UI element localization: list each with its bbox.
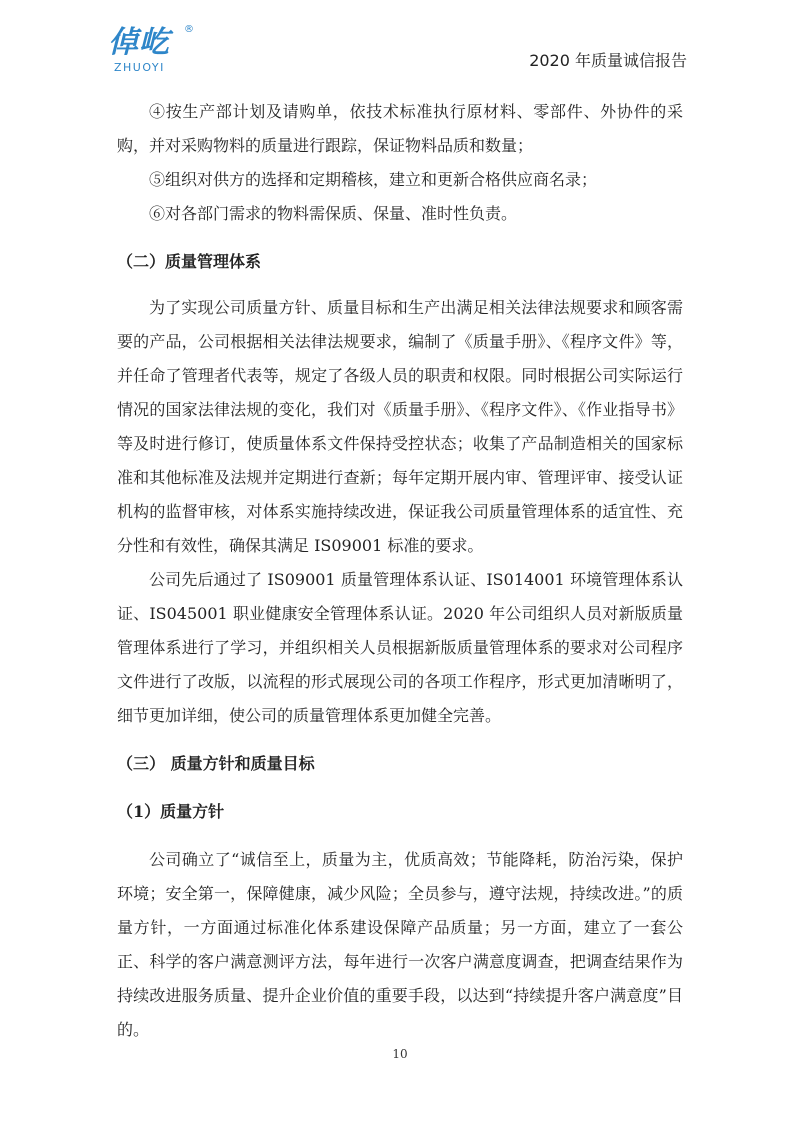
logo-mark: 倬屹 [108,26,170,60]
registered-trademark-icon: ® [184,24,194,35]
paragraph: 公司先后通过了 IS09001 质量管理体系认证、IS014001 环境管理体系… [117,563,683,733]
page-number: 10 [0,1047,800,1061]
list-item: ⑤组织对供方的选择和定期稽核，建立和更新合格供应商名录； [117,163,683,197]
logo-text: ZHUOYI [114,61,165,74]
company-logo: 倬屹 ® ZHUOYI [108,26,198,76]
subsection-heading: （1）质量方针 [117,795,683,829]
paragraph: 为了实现公司质量方针、质量目标和生产出满足相关法律法规要求和顾客需要的产品，公司… [117,291,683,563]
document-body: ④按生产部计划及请购单，依技术标准执行原材料、零部件、外协件的采购，并对采购物料… [117,95,683,1047]
list-item: ④按生产部计划及请购单，依技术标准执行原材料、零部件、外协件的采购，并对采购物料… [117,95,683,163]
section-heading: （三） 质量方针和质量目标 [117,747,683,781]
section-heading: （二）质量管理体系 [117,245,683,279]
paragraph: 公司确立了“诚信至上，质量为主，优质高效；节能降耗，防治污染，保护环境；安全第一… [117,843,683,1047]
list-item: ⑥对各部门需求的物料需保质、保量、准时性负责。 [117,197,683,231]
document-page: 倬屹 ® ZHUOYI 2020 年质量诚信报告 ④按生产部计划及请购单，依技术… [0,0,800,1131]
report-title: 2020 年质量诚信报告 [529,48,687,71]
